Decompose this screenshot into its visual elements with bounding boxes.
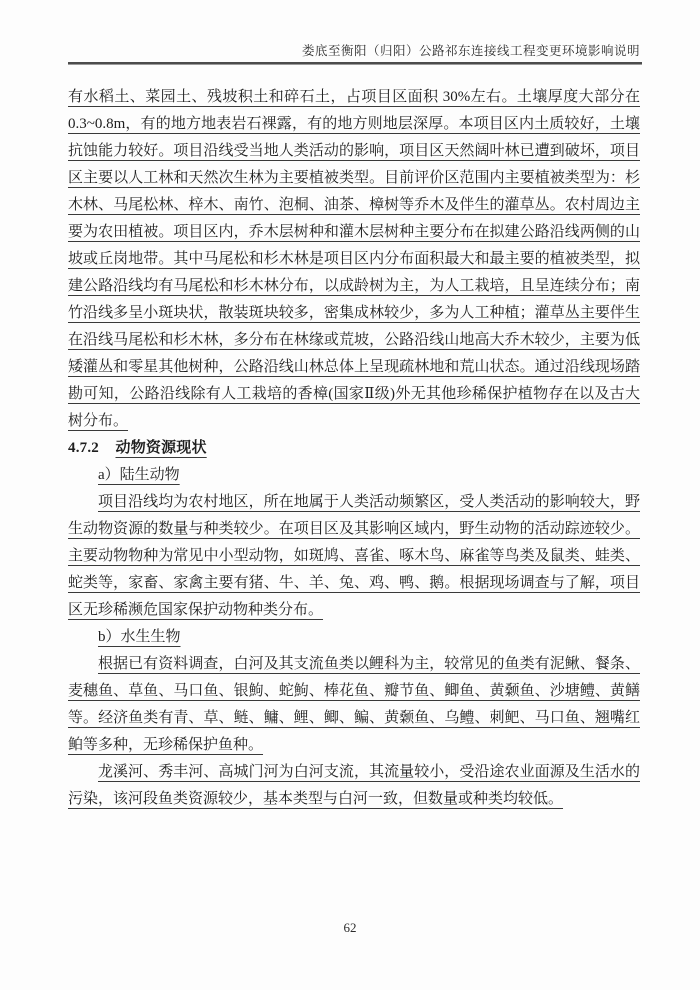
paragraph-soil-and-vegetation: 有水稻土、菜园土、残坡积土和碎石土，占项目区面积 30%左右。土壤厚度大部分在0… [68, 84, 640, 435]
section-number: 4.7.2 [68, 440, 99, 456]
header-rule [68, 62, 642, 65]
page-number: 62 [344, 920, 357, 935]
subsection-a-terrestrial-animals-label: a）陆生动物 [68, 462, 640, 489]
document-body: 有水稻土、菜园土、残坡积土和碎石土，占项目区面积 30%左右。土壤厚度大部分在0… [68, 84, 640, 813]
subsection-b-aquatic-life-label: b）水生生物 [68, 624, 640, 651]
paragraph-tributary-rivers: 龙溪河、秀丰河、高城门河为白河支流，其流量较小，受沿途农业面源及生活水的污染，该… [68, 759, 640, 813]
page-footer: 62 [0, 920, 700, 936]
section-title: 动物资源现状 [116, 440, 207, 456]
page-header-title: 娄底至衡阳（归阳）公路祁东连接线工程变更环境影响说明 [68, 43, 640, 59]
section-heading-472: 4.7.2动物资源现状 [68, 435, 640, 462]
paragraph-terrestrial-animals: 项目沿线均为农村地区，所在地属于人类活动频繁区，受人类活动的影响较大，野生动物资… [68, 489, 640, 624]
paragraph-aquatic-fish-species: 根据已有资料调查，白河及其支流鱼类以鲤科为主，较常见的鱼类有泥鳅、餐条、麦穗鱼、… [68, 651, 640, 759]
document-page: 娄底至衡阳（归阳）公路祁东连接线工程变更环境影响说明 有水稻土、菜园土、残坡积土… [0, 0, 700, 990]
